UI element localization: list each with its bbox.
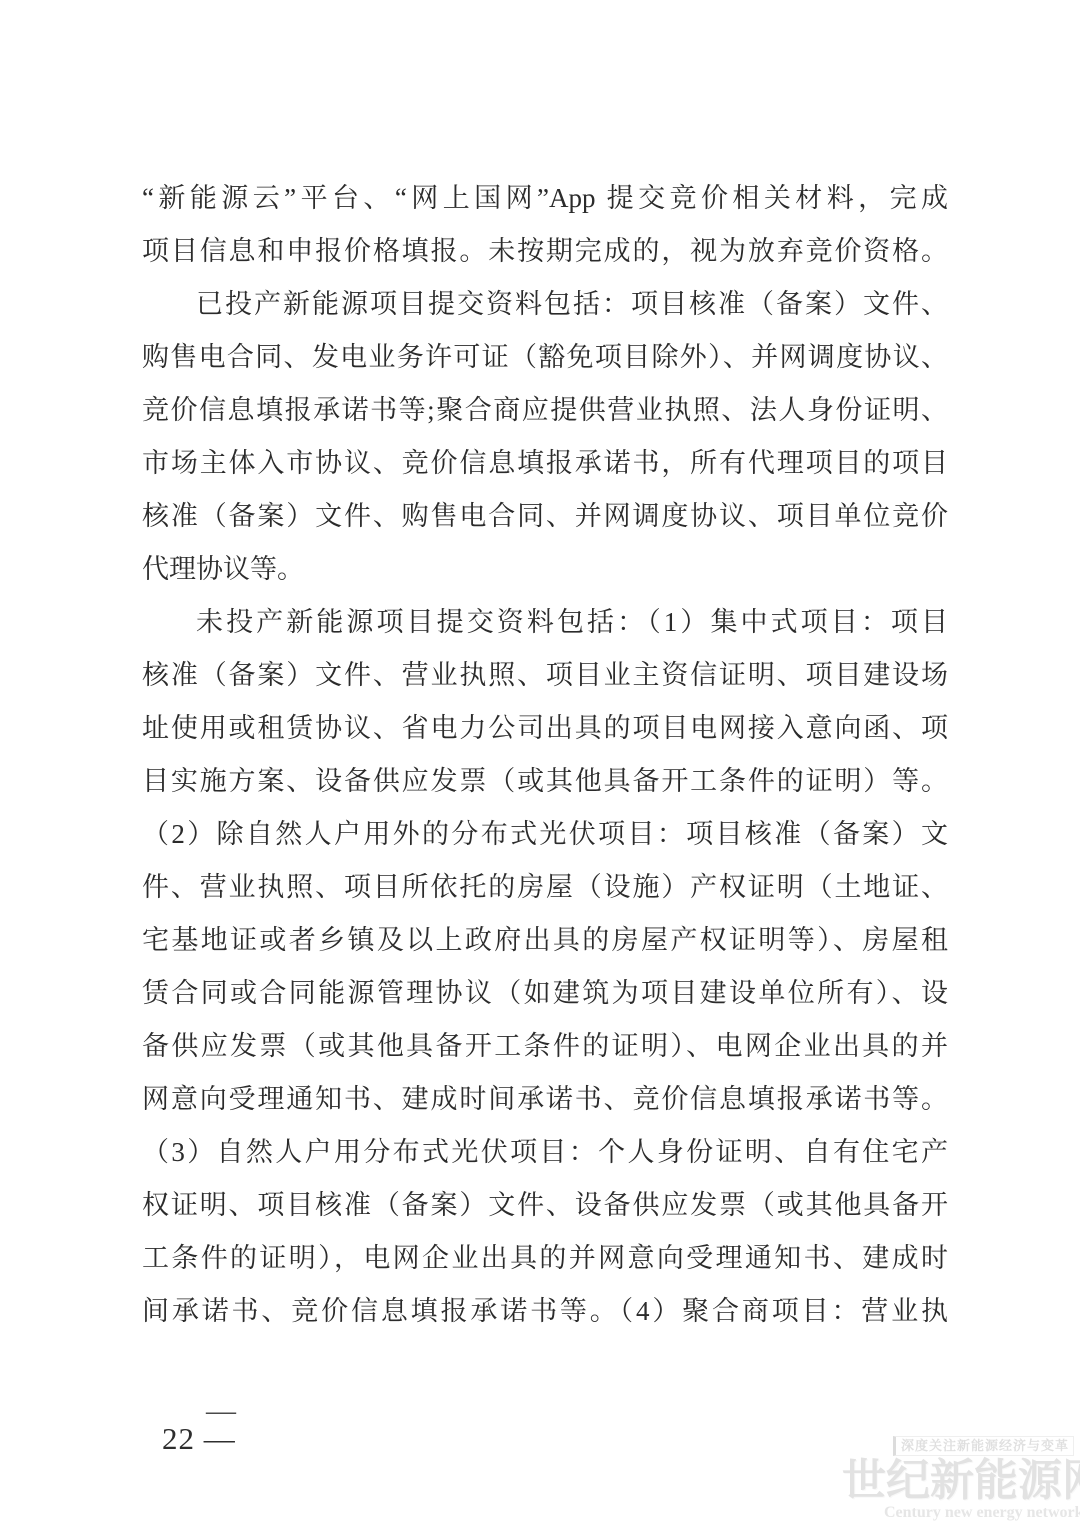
document-body: “新能源云”平台、“网上国网”App 提交竞价相关材料，完成项目信息和申报价格填…	[142, 172, 948, 1338]
page-number: 22 —	[162, 1422, 236, 1456]
watermark-subtitle: Century new energy network	[884, 1504, 1080, 1522]
text-line: 未投产新能源项目提交资料包括：（1）集中式项目：项目	[142, 596, 948, 649]
document-page: “新能源云”平台、“网上国网”App 提交竞价相关材料，完成项目信息和申报价格填…	[0, 0, 1080, 1526]
text-line: 竞价信息填报承诺书等;聚合商应提供营业执照、法人身份证明、	[142, 384, 948, 437]
text-line: 项目信息和申报价格填报。未按期完成的，视为放弃竞价资格。	[142, 225, 948, 278]
text-line: （3）自然人户用分布式光伏项目：个人身份证明、自有住宅产	[142, 1126, 948, 1179]
text-line: 已投产新能源项目提交资料包括：项目核准（备案）文件、	[142, 278, 948, 331]
watermark-tagline: 深度关注新能源经济与变革	[893, 1436, 1074, 1456]
text-line: （2）除自然人户用外的分布式光伏项目：项目核准（备案）文	[142, 808, 948, 861]
text-line: 购售电合同、发电业务许可证（豁免项目除外）、并网调度协议、	[142, 331, 948, 384]
text-line: 核准（备案）文件、营业执照、项目业主资信证明、项目建设场	[142, 649, 948, 702]
text-line: 代理协议等。	[142, 543, 948, 596]
text-line: 核准（备案）文件、购售电合同、并网调度协议、项目单位竞价	[142, 490, 948, 543]
text-line: 址使用或租赁协议、省电力公司出具的项目电网接入意向函、项	[142, 702, 948, 755]
text-line: 赁合同或合同能源管理协议（如建筑为项目建设单位所有）、设	[142, 967, 948, 1020]
text-line: 工条件的证明），电网企业出具的并网意向受理通知书、建成时	[142, 1232, 948, 1285]
watermark: 深度关注新能源经济与变革 世纪新能源网 Century new energy n…	[842, 1436, 1080, 1522]
text-line: 权证明、项目核准（备案）文件、设备供应发票（或其他具备开	[142, 1179, 948, 1232]
text-line: 备供应发票（或其他具备开工条件的证明）、电网企业出具的并	[142, 1020, 948, 1073]
text-line: 市场主体入市协议、竞价信息填报承诺书，所有代理项目的项目	[142, 437, 948, 490]
text-line: 目实施方案、设备供应发票（或其他具备开工条件的证明）等。	[142, 755, 948, 808]
watermark-title: 世纪新能源网	[842, 1459, 1080, 1503]
text-line: 件、营业执照、项目所依托的房屋（设施）产权证明（土地证、	[142, 861, 948, 914]
text-line: 间承诺书、竞价信息填报承诺书等。（4）聚合商项目：营业执	[142, 1285, 948, 1338]
text-line: 宅基地证或者乡镇及以上政府出具的房屋产权证明等）、房屋租	[142, 914, 948, 967]
text-line: “新能源云”平台、“网上国网”App 提交竞价相关材料，完成	[142, 172, 948, 225]
text-line: 网意向受理通知书、建成时间承诺书、竞价信息填报承诺书等。	[142, 1073, 948, 1126]
